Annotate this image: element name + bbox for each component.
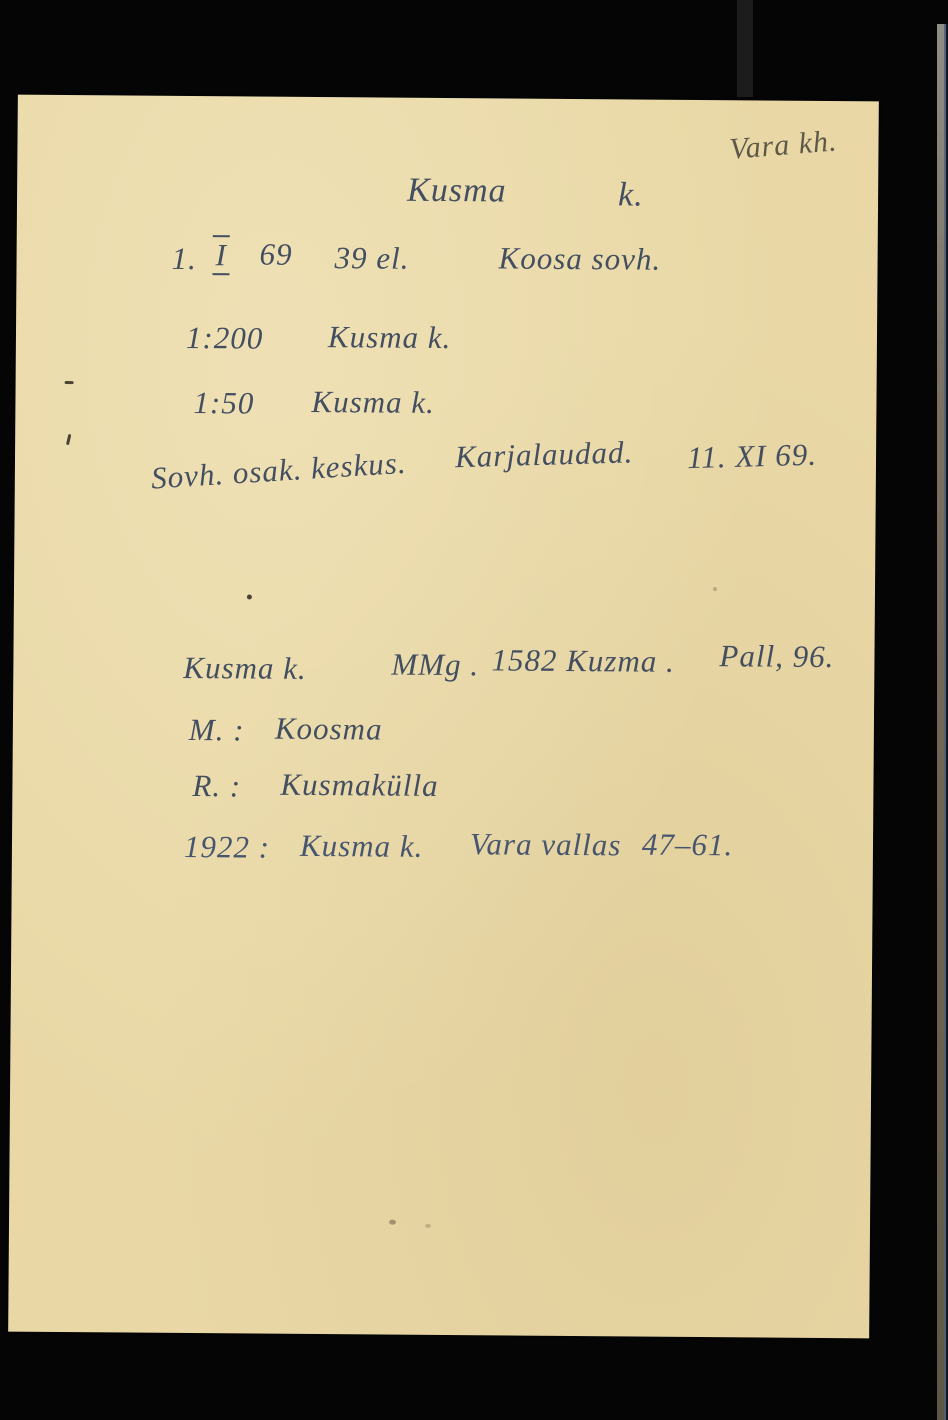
etymology-source: MMg . [391, 647, 479, 684]
card-title-name: Kusma [407, 172, 507, 211]
ink-speck [389, 1220, 396, 1225]
visit-month-roman: I [212, 235, 230, 275]
etymology-record: 1582 Kuzma . [491, 642, 675, 679]
scale-1-ratio: 1:200 [186, 320, 264, 357]
note-left: Sovh. osak. keskus. [150, 445, 407, 497]
ink-speck [425, 1224, 431, 1228]
entry-1922-name: Kusma k. [300, 828, 424, 865]
index-card: Vara kh. Kusma k. 1. I 69 39 el. Koosa s… [8, 95, 879, 1339]
ink-speck [65, 381, 74, 384]
entry-1922-parish: Vara vallas [470, 826, 622, 863]
scan-background-artifact-top [737, 0, 753, 97]
ink-speck [247, 594, 252, 599]
corner-parish-note: Vara kh. [728, 124, 838, 166]
entry-r-label: R. : [192, 768, 241, 804]
visit-year: 69 [259, 237, 292, 273]
entry-1922-pages: 47–61. [642, 827, 734, 864]
scale-2-name: Kusma k. [311, 384, 435, 421]
entry-r-value: Kusmakülla [280, 767, 438, 804]
note-date: 11. XI 69. [687, 437, 818, 477]
visit-farm: Koosa sovh. [498, 240, 661, 277]
visit-number: 1. [171, 241, 197, 277]
entry-m-label: M. : [189, 712, 245, 748]
visit-population: 39 el. [334, 240, 409, 277]
etymology-reference: Pall, 96. [719, 638, 834, 675]
ink-speck [713, 587, 717, 591]
note-buildings: Karjalaudad. [455, 434, 634, 475]
ink-speck [66, 434, 71, 445]
scale-2-ratio: 1:50 [193, 385, 254, 421]
entry-1922-label: 1922 : [184, 829, 270, 866]
scale-1-name: Kusma k. [328, 319, 452, 356]
etymology-head: Kusma k. [183, 650, 307, 687]
card-title-suffix: k. [618, 176, 644, 214]
entry-m-value: Koosma [275, 711, 383, 748]
scan-edge-strip [937, 24, 948, 1420]
